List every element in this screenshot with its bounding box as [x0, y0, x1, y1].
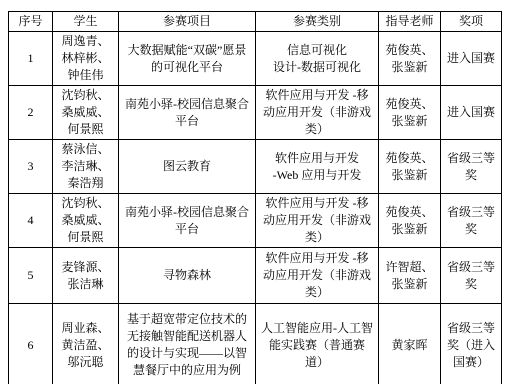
- cell-teachers: 许智超、 张鉴新: [379, 248, 441, 304]
- cell-students: 麦锋源、 张洁琳: [53, 248, 119, 304]
- cell-category: 人工智能应用-人工智能实践赛（普通赛道）: [256, 304, 379, 384]
- header-row: 序号学生参赛项目参赛类别指导老师奖项: [9, 12, 502, 32]
- cell-teachers: 黄家晖: [379, 304, 441, 384]
- table-row: 4沈钧秋、 桑威威、 何景熙南苑小驿-校园信息聚合平台软件应用与开发 -移动应用…: [9, 194, 502, 248]
- cell-no: 3: [9, 140, 53, 194]
- cell-teachers: 苑俊英、 张鉴新: [379, 194, 441, 248]
- cell-project: 寻物森林: [119, 248, 256, 304]
- cell-category: 软件应用与开发 -移动应用开发（非游戏类）: [256, 248, 379, 304]
- cell-teachers: 苑俊英、 张鉴新: [379, 86, 441, 140]
- cell-project: 图云教育: [119, 140, 256, 194]
- column-header-project: 参赛项目: [119, 12, 256, 32]
- column-header-award: 奖项: [441, 12, 502, 32]
- cell-no: 4: [9, 194, 53, 248]
- cell-award: 进入国赛: [441, 32, 502, 86]
- cell-students: 沈钧秋、 桑威威、 何景熙: [53, 86, 119, 140]
- table-body: 1周逸青、 林梓彬、 钟佳伟大数据赋能“双碳”愿景的可视化平台信息可视化 设计-…: [9, 32, 502, 384]
- cell-students: 沈钧秋、 桑威威、 何景熙: [53, 194, 119, 248]
- column-header-teachers: 指导老师: [379, 12, 441, 32]
- cell-category: 软件应用与开发 -Web 应用与开发: [256, 140, 379, 194]
- cell-category: 软件应用与开发 -移动应用开发（非游戏类）: [256, 194, 379, 248]
- competition-results-table: 序号学生参赛项目参赛类别指导老师奖项 1周逸青、 林梓彬、 钟佳伟大数据赋能“双…: [8, 11, 502, 384]
- cell-no: 2: [9, 86, 53, 140]
- cell-category: 信息可视化 设计-数据可视化: [256, 32, 379, 86]
- column-header-students: 学生: [53, 12, 119, 32]
- table-row: 5麦锋源、 张洁琳寻物森林软件应用与开发 -移动应用开发（非游戏类）许智超、 张…: [9, 248, 502, 304]
- table-row: 3蔡泳信、 李洁琳、 秦浩翔图云教育软件应用与开发 -Web 应用与开发苑俊英、…: [9, 140, 502, 194]
- cell-award: 省级三等奖（进入国赛）: [441, 304, 502, 384]
- cell-project: 大数据赋能“双碳”愿景的可视化平台: [119, 32, 256, 86]
- column-header-category: 参赛类别: [256, 12, 379, 32]
- cell-no: 6: [9, 304, 53, 384]
- cell-project: 南苑小驿-校园信息聚合平台: [119, 194, 256, 248]
- cell-students: 蔡泳信、 李洁琳、 秦浩翔: [53, 140, 119, 194]
- cell-category: 软件应用与开发 -移动应用开发（非游戏类）: [256, 86, 379, 140]
- cell-students: 周业森、 黄洁盈、 邬沅聪: [53, 304, 119, 384]
- cell-award: 省级三等奖: [441, 248, 502, 304]
- table-row: 1周逸青、 林梓彬、 钟佳伟大数据赋能“双碳”愿景的可视化平台信息可视化 设计-…: [9, 32, 502, 86]
- column-header-no: 序号: [9, 12, 53, 32]
- table-row: 6周业森、 黄洁盈、 邬沅聪基于超宽带定位技术的无接触智能配送机器人的设计与实现…: [9, 304, 502, 384]
- cell-award: 进入国赛: [441, 86, 502, 140]
- cell-students: 周逸青、 林梓彬、 钟佳伟: [53, 32, 119, 86]
- cell-teachers: 苑俊英、 张鉴新: [379, 32, 441, 86]
- cell-project: 南苑小驿-校园信息聚合平台: [119, 86, 256, 140]
- cell-award: 省级三等奖: [441, 140, 502, 194]
- cell-no: 5: [9, 248, 53, 304]
- cell-award: 省级三等奖: [441, 194, 502, 248]
- cell-project: 基于超宽带定位技术的无接触智能配送机器人的设计与实现——以智慧餐厅中的应用为例: [119, 304, 256, 384]
- document-page: 序号学生参赛项目参赛类别指导老师奖项 1周逸青、 林梓彬、 钟佳伟大数据赋能“双…: [0, 0, 509, 384]
- table-row: 2沈钧秋、 桑威威、 何景熙南苑小驿-校园信息聚合平台软件应用与开发 -移动应用…: [9, 86, 502, 140]
- cell-teachers: 苑俊英、 张鉴新: [379, 140, 441, 194]
- cell-no: 1: [9, 32, 53, 86]
